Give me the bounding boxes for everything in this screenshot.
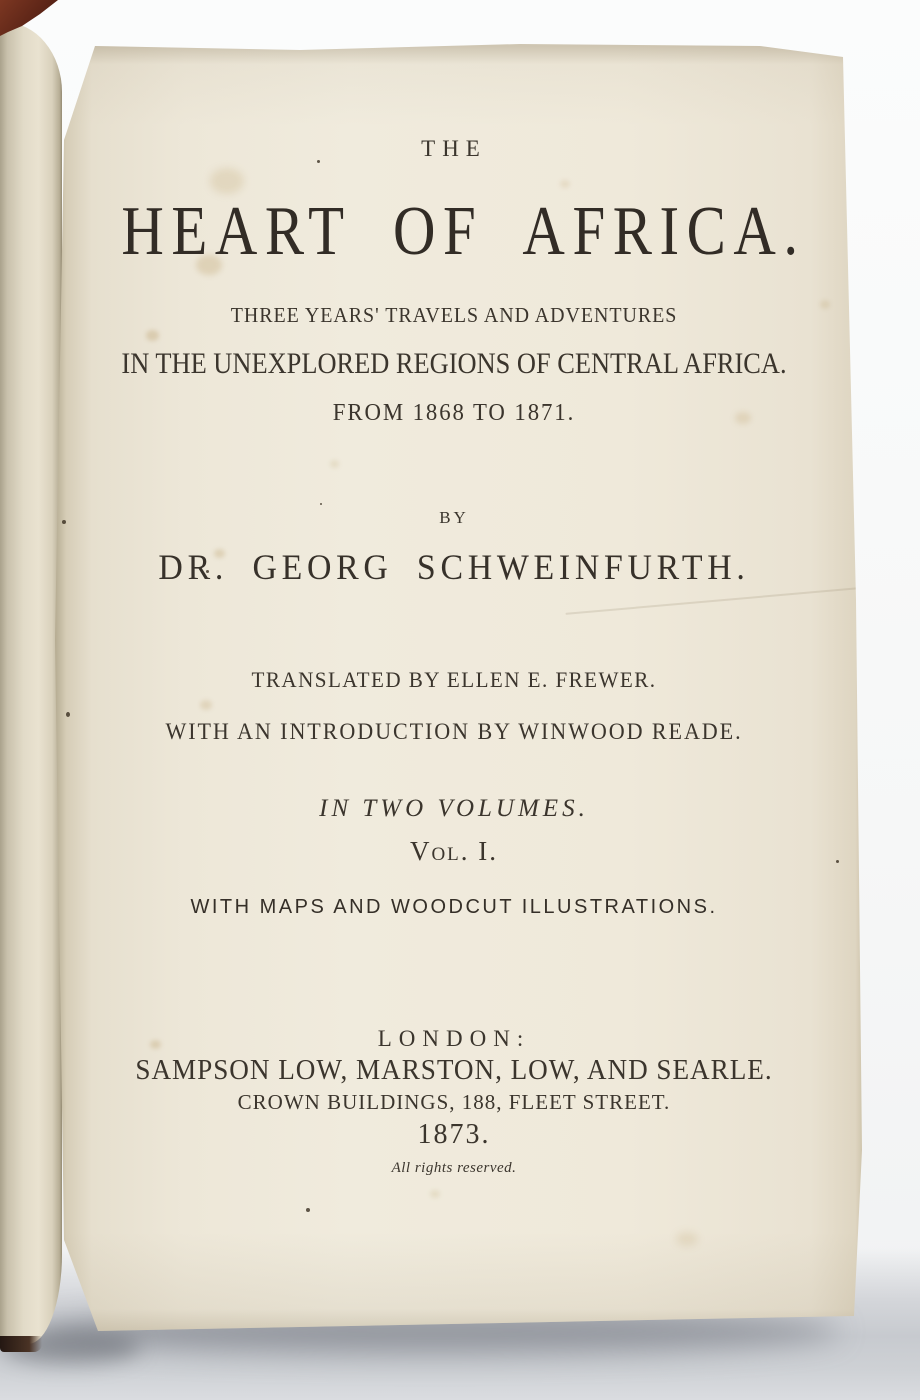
subtitle-line-3: FROM 1868 TO 1871.: [78, 400, 830, 427]
subtitle-line-2: IN THE UNEXPLORED REGIONS OF CENTRAL AFR…: [106, 347, 803, 381]
volumes-note: IN TWO VOLUMES.: [58, 795, 850, 823]
speck: [66, 712, 70, 717]
book-title: HEART OF AFRICA.: [121, 192, 786, 272]
book-cover-edge: [0, 1336, 42, 1352]
translator-note: TRANSLATED BY ELLEN E. FREWER.: [74, 667, 834, 693]
foxing-spot: [200, 700, 212, 710]
title-page: THE HEART OF AFRICA. THREE YEARS' TRAVEL…: [0, 0, 920, 1400]
imprint-publisher: SAMPSON LOW, MARSTON, LOW, AND SEARLE.: [70, 1055, 838, 1087]
book-photo: THE HEART OF AFRICA. THREE YEARS' TRAVEL…: [0, 0, 920, 1400]
paper-crease: [565, 587, 859, 615]
foxing-spot: [676, 1232, 698, 1246]
imprint-rights: All rights reserved.: [58, 1160, 850, 1177]
imprint-city: LONDON:: [58, 1026, 850, 1052]
foxing-spot: [430, 1190, 440, 1198]
facing-page-curl: [0, 22, 62, 1344]
author-name: DR. GEORG SCHWEINFURTH.: [82, 546, 826, 588]
speck: [320, 503, 322, 505]
half-title: THE: [58, 136, 850, 162]
imprint-address: CROWN BUILDINGS, 188, FLEET STREET.: [58, 1090, 850, 1115]
illustrations-note: WITH MAPS AND WOODCUT ILLUSTRATIONS.: [58, 896, 850, 919]
foxing-spot: [210, 168, 244, 194]
imprint-year: 1873.: [58, 1119, 850, 1151]
volume-label: Vol. I.: [58, 836, 850, 867]
byline-label: BY: [58, 508, 850, 528]
foxing-spot: [146, 330, 159, 341]
foxing-spot: [560, 180, 570, 188]
subtitle-line-1: THREE YEARS' TRAVELS AND ADVENTURES: [78, 303, 830, 328]
foxing-spot: [330, 460, 339, 468]
introduction-note: WITH AN INTRODUCTION BY WINWOOD READE.: [74, 719, 834, 745]
speck: [306, 1208, 310, 1212]
